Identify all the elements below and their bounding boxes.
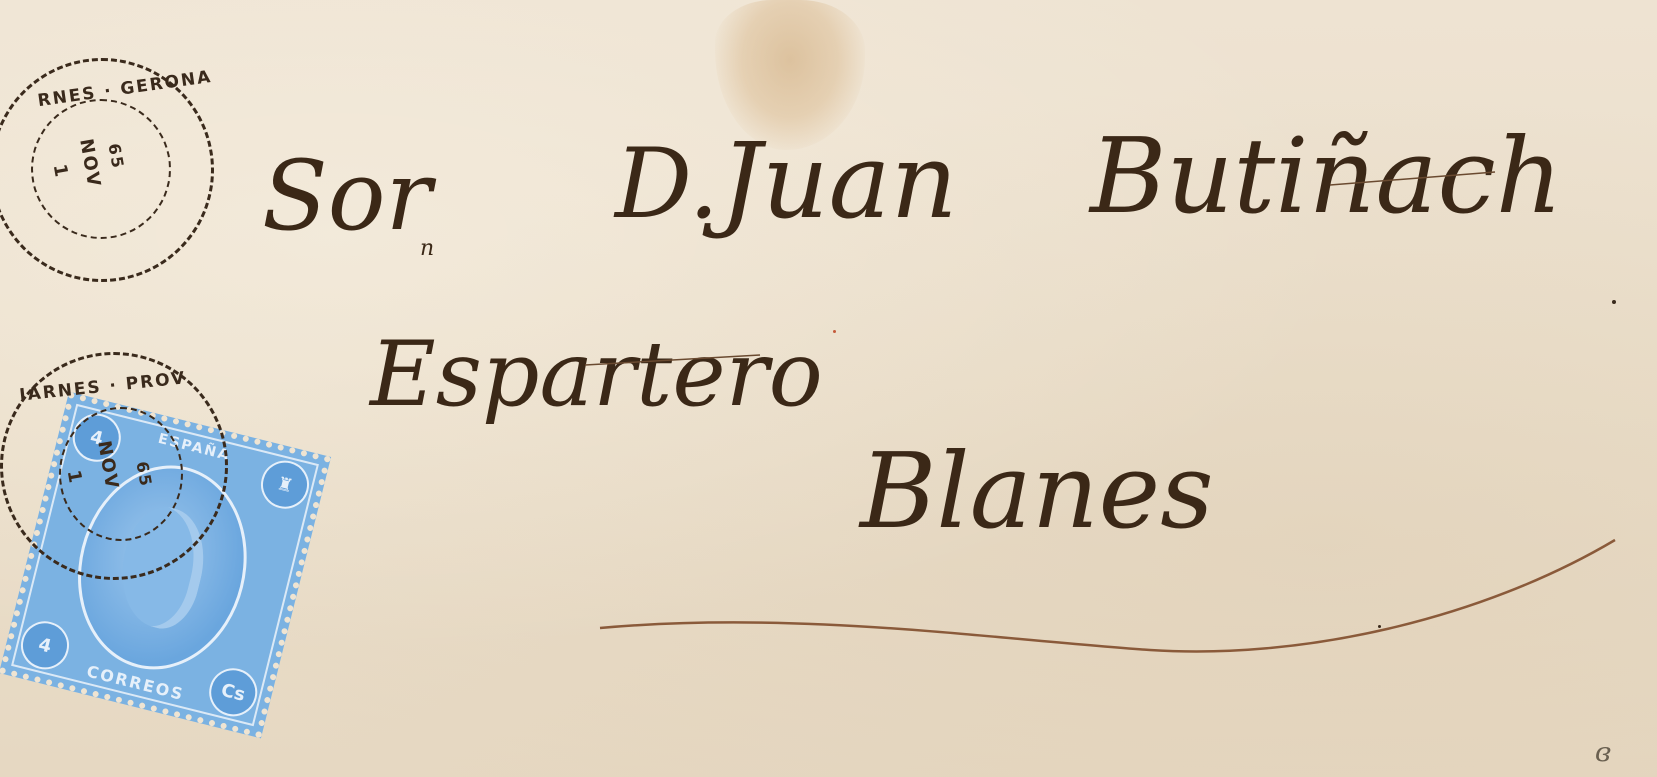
envelope-cover: RNES · GERONA 1 NOV 65 IARNES · PROV 1 N… xyxy=(0,0,1657,777)
underline-flourish xyxy=(600,540,1615,652)
address-street: Espartero xyxy=(370,322,823,427)
corner-mark: ɞ xyxy=(1595,738,1611,768)
address-town: Blanes xyxy=(860,430,1214,552)
ink-dot xyxy=(1378,625,1381,628)
address-given-name: Juan xyxy=(720,120,958,242)
address-title: D. xyxy=(615,128,719,240)
address-salutation-superscript: n xyxy=(420,236,434,261)
red-fleck xyxy=(833,330,836,333)
address-surname: Butiñach xyxy=(1090,115,1563,237)
address-salutation: Sor xyxy=(262,140,431,252)
ink-dot xyxy=(1612,300,1616,304)
postmark-top: RNES · GERONA 1 NOV 65 xyxy=(0,58,214,282)
postmark-over-stamp-outer-text: IARNES · PROV xyxy=(18,368,187,405)
postmark-over-stamp: IARNES · PROV 1 NOV 65 xyxy=(0,352,228,580)
